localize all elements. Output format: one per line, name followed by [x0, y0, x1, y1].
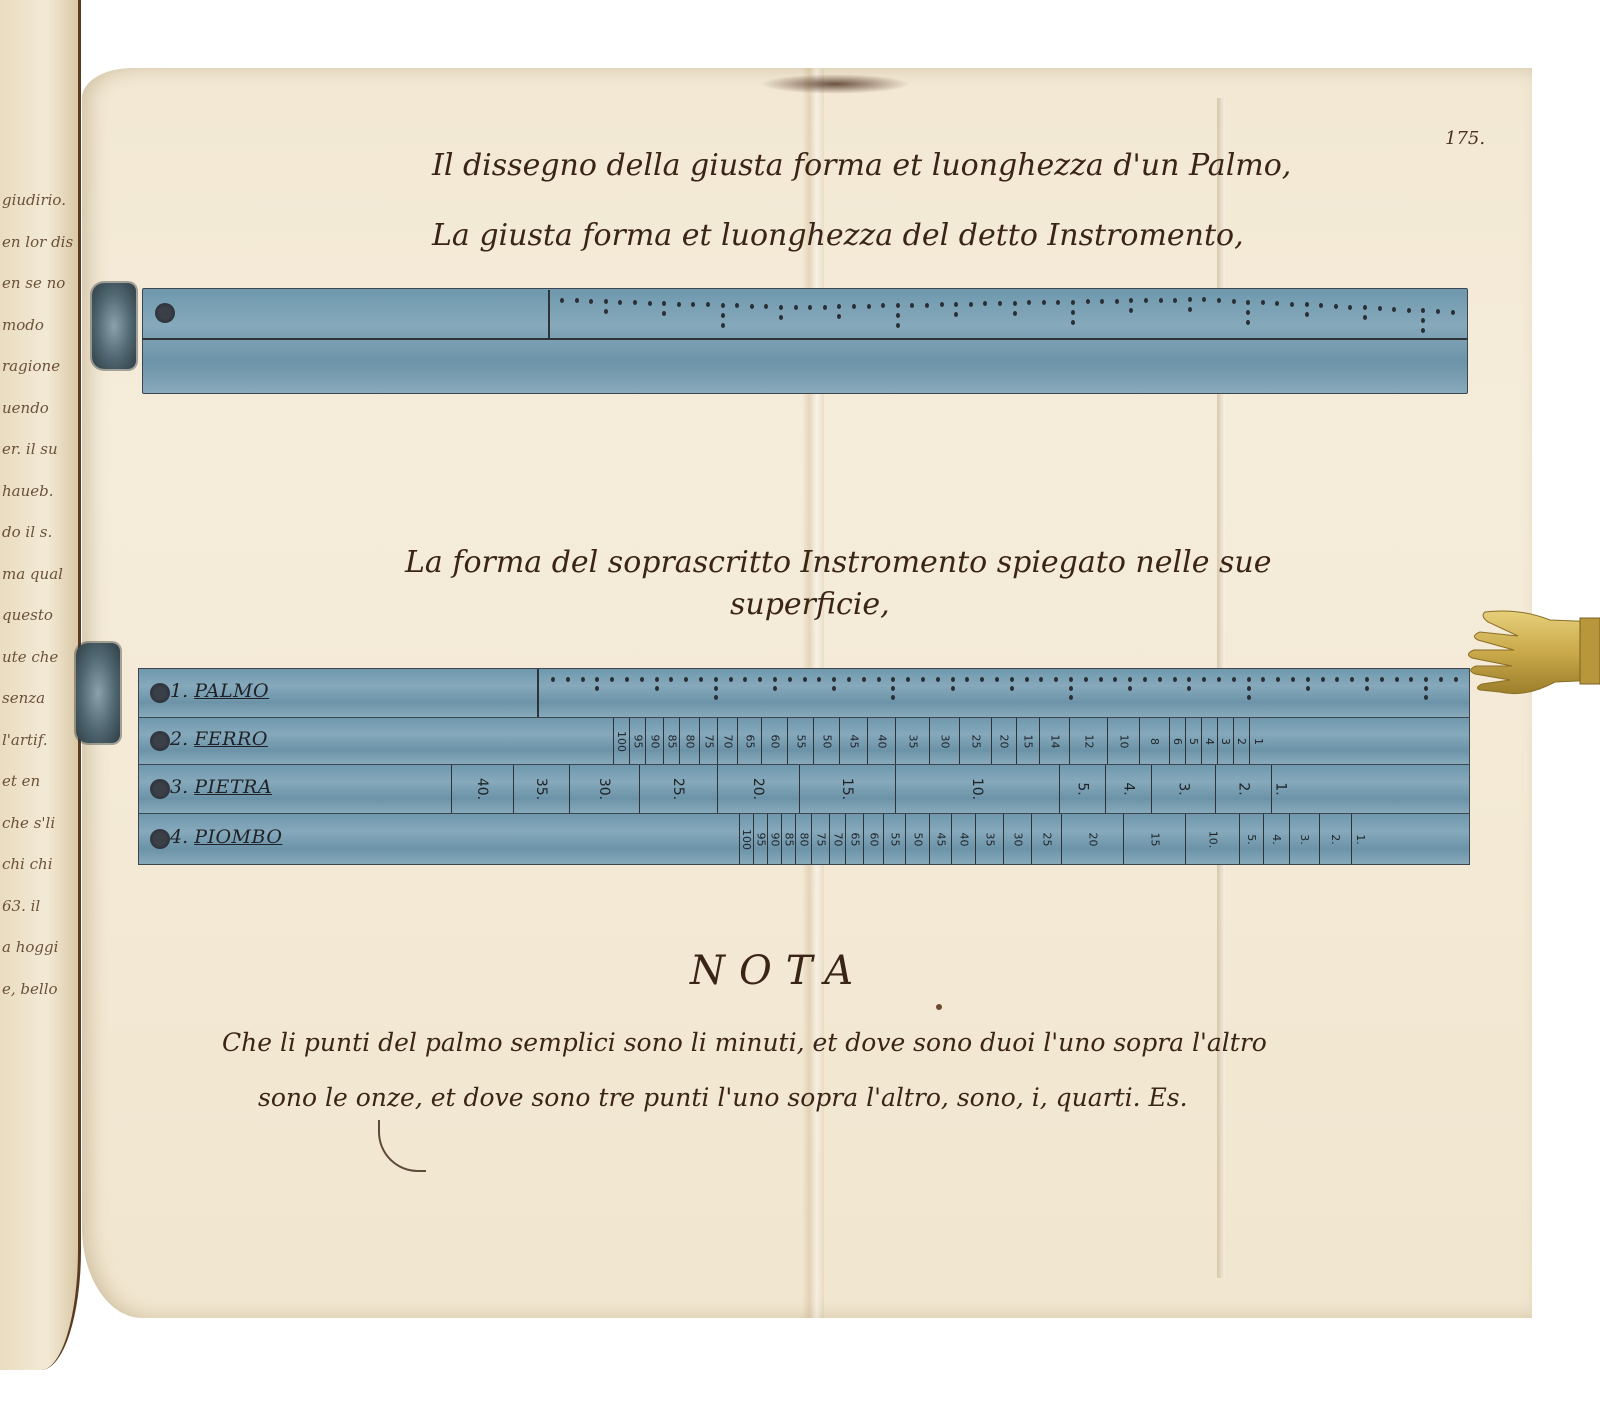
title-line-2: La giusta forma et luonghezza del detto …: [432, 218, 1244, 253]
dot-mark: [1099, 677, 1103, 682]
ruler-body: [142, 288, 1468, 394]
scale-mark-label: 6: [1171, 738, 1184, 745]
dot-mark: [951, 686, 955, 691]
dot-mark: [1188, 297, 1192, 302]
scale-mark-label: 75: [814, 832, 827, 846]
dot-mark: [998, 301, 1002, 306]
scale-mark: 4.: [1263, 814, 1289, 864]
previous-page-line: senza: [2, 678, 74, 720]
dot-mark: [1290, 302, 1294, 307]
dot-mark: [1246, 310, 1250, 315]
dot-mark: [1335, 677, 1339, 682]
scale-start-line: [537, 669, 539, 717]
dot-mark: [721, 313, 725, 318]
scale-mark: 60: [863, 814, 883, 864]
dot-mark: [788, 677, 792, 682]
scale-mark: 100: [739, 814, 753, 864]
previous-page-line: et en: [2, 761, 74, 803]
dot-mark: [1071, 300, 1075, 305]
scale-mark-label: 30: [1011, 832, 1024, 846]
ionic-capital-icon: [76, 643, 120, 743]
scale-mark: 65: [845, 814, 863, 864]
scale-mark-label: 90: [648, 734, 661, 748]
dot-mark: [965, 677, 969, 682]
dot-mark: [969, 302, 973, 307]
scale-mark: 5: [1185, 718, 1201, 764]
scale-mark: 2.: [1319, 814, 1351, 864]
dot-mark: [1069, 677, 1073, 682]
scale-mark-label: 3.: [1175, 782, 1191, 795]
dot-mark: [1113, 677, 1117, 682]
row-number: 2.: [170, 728, 188, 750]
scale-mark-label: 45: [934, 832, 947, 846]
previous-page-edge: giudirio.en lor disen se nomodoragioneue…: [0, 0, 81, 1370]
scale-mark-label: 2: [1235, 738, 1248, 745]
dot-mark: [951, 677, 955, 682]
binding-shadow: [760, 74, 910, 94]
dot-mark: [1042, 300, 1046, 305]
scale-mark-label: 95: [631, 734, 644, 748]
previous-page-line: 63. il: [2, 886, 74, 928]
pivot-hole-icon: [155, 303, 175, 323]
dot-mark: [1128, 677, 1132, 682]
scale-mark-label: 55: [794, 734, 807, 748]
title-line-1: Il dissegno della giusta forma et luongh…: [432, 148, 1291, 183]
previous-page-line: ragione: [2, 346, 74, 388]
dot-mark: [794, 305, 798, 310]
nota-line-1: Che li punti del palmo semplici sono li …: [222, 1028, 1267, 1057]
dot-mark: [1306, 686, 1310, 691]
scale-mark-label: 14: [1048, 734, 1061, 748]
scale-mark: 1.: [1351, 814, 1369, 864]
scale-mark: 10.: [1185, 814, 1239, 864]
row-name: PIETRA: [194, 776, 272, 798]
scale-mark: 25: [1031, 814, 1061, 864]
scale-mark: 95: [629, 718, 645, 764]
row-name: PIOMBO: [194, 826, 282, 848]
scale-mark-label: 40.: [474, 778, 490, 800]
scale-mark-label: 35: [983, 832, 996, 846]
previous-page-line: haueb.: [2, 471, 74, 513]
scale-mark-label: 40: [875, 734, 888, 748]
dot-mark: [729, 677, 733, 682]
dot-mark: [1187, 677, 1191, 682]
ink-dot: [936, 1004, 942, 1010]
dot-mark: [925, 303, 929, 308]
dot-mark: [684, 677, 688, 682]
dot-mark: [1188, 307, 1192, 312]
dot-mark: [1232, 677, 1236, 682]
scale-mark: 30.: [569, 765, 639, 813]
ruler-row-palmo: [138, 668, 1470, 718]
scale-mark-label: 5.: [1245, 834, 1258, 845]
scale-mark-label: 10: [1117, 734, 1130, 748]
scale-mark: 1.: [1271, 765, 1289, 813]
dot-mark: [852, 304, 856, 309]
dot-mark: [1334, 304, 1338, 309]
dot-mark: [1380, 677, 1384, 682]
dot-mark: [669, 677, 673, 682]
previous-page-line: modo: [2, 305, 74, 347]
dot-mark: [640, 677, 644, 682]
dot-mark: [1424, 686, 1428, 691]
dot-mark: [566, 677, 570, 682]
scale-mark: 40.: [451, 765, 513, 813]
scale-mark: 45: [839, 718, 867, 764]
dot-mark: [862, 677, 866, 682]
dot-mark: [1261, 677, 1265, 682]
scale-mark: 15.: [799, 765, 895, 813]
scale-mark: 80: [795, 814, 811, 864]
dot-mark: [847, 677, 851, 682]
scale-mark-label: 85: [665, 734, 678, 748]
scale-mark: 35: [895, 718, 929, 764]
dot-mark: [1232, 299, 1236, 304]
scale-mark: 60: [761, 718, 787, 764]
dot-mark: [867, 304, 871, 309]
scale-mark-label: 85: [782, 832, 795, 846]
dot-mark: [1054, 677, 1058, 682]
scale-mark: 3.: [1151, 765, 1215, 813]
scale-mark-label: 50: [911, 832, 924, 846]
scale-mark: 14: [1039, 718, 1069, 764]
dot-mark: [648, 301, 652, 306]
scale-mark-label: 50: [820, 734, 833, 748]
dot-mark: [1246, 300, 1250, 305]
scale-mark: 8: [1139, 718, 1169, 764]
scale-mark-label: 30: [938, 734, 951, 748]
pivot-hole-icon: [150, 829, 170, 849]
scale-mark: 45: [929, 814, 951, 864]
row-number: 3.: [170, 776, 188, 798]
dot-mark: [677, 302, 681, 307]
scale-mark: 70: [829, 814, 845, 864]
dot-mark: [721, 303, 725, 308]
pivot-hole-icon: [150, 779, 170, 799]
dot-mark: [891, 695, 895, 700]
dot-mark: [1202, 677, 1206, 682]
row-number: 4.: [170, 826, 188, 848]
dot-mark: [1010, 686, 1014, 691]
scale-mark-label: 4: [1203, 738, 1216, 745]
dot-mark: [896, 323, 900, 328]
dot-mark: [896, 313, 900, 318]
dot-mark: [1071, 310, 1075, 315]
dot-mark: [714, 677, 718, 682]
scale-mark-label: 20.: [750, 778, 766, 800]
scale-mark: 4: [1201, 718, 1217, 764]
scale-mark: 2: [1233, 718, 1249, 764]
dot-mark: [1069, 695, 1073, 700]
scale-mark: 3.: [1289, 814, 1319, 864]
scale-mark-label: 80: [683, 734, 696, 748]
scale-mark-label: 25: [1040, 832, 1053, 846]
scale-mark: 3: [1217, 718, 1233, 764]
fold-line: [142, 338, 1468, 340]
previous-page-line: uendo: [2, 388, 74, 430]
scale-mark-label: 10.: [969, 778, 985, 800]
scale-mark-label: 80: [797, 832, 810, 846]
dot-mark: [891, 686, 895, 691]
dot-mark: [1010, 677, 1014, 682]
previous-page-line: ma qual: [2, 554, 74, 596]
scale-mark-label: 65: [743, 734, 756, 748]
scale-mark: 80: [679, 718, 699, 764]
dot-mark: [1217, 677, 1221, 682]
scale-mark: 90: [767, 814, 781, 864]
dot-mark: [817, 677, 821, 682]
dot-mark: [896, 303, 900, 308]
scale-mark: 90: [645, 718, 663, 764]
dot-mark: [1025, 677, 1029, 682]
scale-mark: 40: [951, 814, 975, 864]
scale-mark-label: 95: [754, 832, 767, 846]
scale-mark-label: 60: [768, 734, 781, 748]
dot-mark: [560, 298, 564, 303]
dot-mark: [655, 686, 659, 691]
dot-mark: [1451, 310, 1455, 315]
scale-mark-label: 100: [740, 829, 753, 850]
dot-mark: [1365, 686, 1369, 691]
dot-mark: [1143, 677, 1147, 682]
dot-mark: [877, 677, 881, 682]
scale-mark-label: 35.: [533, 778, 549, 800]
previous-page-line: chi chi: [2, 844, 74, 886]
scale-mark-label: 25: [969, 734, 982, 748]
scale-mark: 75: [811, 814, 829, 864]
subtitle-line-1: La forma del soprascritto Instromento sp…: [405, 545, 1271, 580]
previous-page-line: a hoggi: [2, 927, 74, 969]
dot-mark: [1159, 298, 1163, 303]
subtitle-line-2: superficie,: [730, 587, 890, 622]
scale-mark-label: 1.: [1272, 782, 1288, 795]
dot-mark: [773, 677, 777, 682]
scale-mark: 5.: [1059, 765, 1105, 813]
dot-mark: [1115, 299, 1119, 304]
scale-mark: 15: [1016, 718, 1039, 764]
previous-page-line: l'artif.: [2, 720, 74, 762]
scale-mark: 100: [613, 718, 629, 764]
dot-mark: [1071, 320, 1075, 325]
scale-mark: 20: [1061, 814, 1123, 864]
scale-mark: 30: [929, 718, 959, 764]
row-label-palmo: 1. PALMO: [170, 680, 269, 702]
scale-mark: 6: [1169, 718, 1185, 764]
scale-mark-label: 20: [1086, 832, 1099, 846]
scale-mark-label: 15: [1022, 734, 1035, 748]
scale-mark-label: 5.: [1074, 782, 1090, 795]
dot-mark: [1158, 677, 1162, 682]
dot-mark: [581, 677, 585, 682]
dot-mark: [1039, 677, 1043, 682]
dot-mark: [891, 677, 895, 682]
row-name: FERRO: [194, 728, 268, 750]
previous-page-line: en se no: [2, 263, 74, 305]
scale-mark: 5.: [1239, 814, 1263, 864]
scale-mark: 30: [1003, 814, 1031, 864]
dot-mark: [1276, 677, 1280, 682]
nota-line-2: sono le onze, et dove sono tre punti l'u…: [258, 1083, 1188, 1112]
pivot-hole-icon: [150, 731, 170, 751]
dot-mark: [906, 677, 910, 682]
dot-mark: [1365, 677, 1369, 682]
previous-page-line: e, bello: [2, 969, 74, 1011]
previous-page-line: questo: [2, 595, 74, 637]
pivot-hole-icon: [150, 683, 170, 703]
ruler-row-pietra: 40.35.30.25.20.15.10.5.4.3.2.1.: [138, 764, 1470, 814]
dot-mark: [1247, 695, 1251, 700]
scale-mark-label: 40: [957, 832, 970, 846]
dot-mark: [1424, 695, 1428, 700]
ionic-capital-icon: [92, 283, 136, 369]
scale-mark: 65: [737, 718, 761, 764]
row-label-piombo: 4. PIOMBO: [170, 826, 282, 848]
dot-mark: [714, 686, 718, 691]
dot-mark: [1409, 677, 1413, 682]
scale-mark: 10: [1107, 718, 1139, 764]
dot-mark: [1246, 320, 1250, 325]
dot-mark: [779, 315, 783, 320]
row-label-pietra: 3. PIETRA: [170, 776, 272, 798]
scale-mark: 35.: [513, 765, 569, 813]
dot-mark: [940, 302, 944, 307]
dot-mark: [1086, 299, 1090, 304]
previous-page-line: er. il su: [2, 429, 74, 471]
dot-mark: [1128, 686, 1132, 691]
dot-mark: [758, 677, 762, 682]
dot-mark: [1407, 308, 1411, 313]
row-name: PALMO: [194, 680, 269, 702]
dot-mark: [921, 677, 925, 682]
dot-mark: [1187, 686, 1191, 691]
scale-mark-label: 100: [615, 731, 628, 752]
dot-mark: [823, 305, 827, 310]
dot-mark: [995, 677, 999, 682]
dot-mark: [595, 677, 599, 682]
brass-hand-clip-icon: [1430, 600, 1600, 700]
nota-heading: NOTA: [690, 948, 867, 994]
page-number: 175.: [1445, 128, 1485, 149]
scale-mark: 70: [717, 718, 737, 764]
dot-mark: [699, 677, 703, 682]
scale-mark-label: 25.: [670, 778, 686, 800]
ruler-row-piombo: 100959085807570656055504540353025201510.…: [138, 813, 1470, 865]
scale-mark-label: 70: [721, 734, 734, 748]
previous-page-line: ute che: [2, 637, 74, 679]
ruler-row-ferro: 1009590858075706560555045403530252015141…: [138, 717, 1470, 765]
scale-mark: 20: [991, 718, 1016, 764]
scale-mark-label: 65: [848, 832, 861, 846]
scale-start-line: [548, 290, 550, 338]
previous-page-line: do il s.: [2, 512, 74, 554]
scale-mark-label: 2.: [1235, 782, 1251, 795]
dot-mark: [832, 677, 836, 682]
scale-mark-label: 1.: [1354, 834, 1367, 845]
scale-mark: 12: [1069, 718, 1107, 764]
scale-mark-label: 75: [702, 734, 715, 748]
scale-mark-label: 3.: [1298, 834, 1311, 845]
scale-mark-label: 15: [1148, 832, 1161, 846]
row-number: 1.: [170, 680, 188, 702]
dot-mark: [1424, 677, 1428, 682]
previous-page-line: che s'li: [2, 803, 74, 845]
scale-mark-label: 8: [1148, 738, 1161, 745]
scale-mark: 1: [1249, 718, 1267, 764]
dot-mark: [1306, 677, 1310, 682]
dot-mark: [1069, 686, 1073, 691]
scale-mark: 2.: [1215, 765, 1271, 813]
dot-mark: [1247, 686, 1251, 691]
scale-mark-label: 15.: [839, 778, 855, 800]
row-label-ferro: 2. FERRO: [170, 728, 268, 750]
dot-mark: [1291, 677, 1295, 682]
dot-mark: [714, 695, 718, 700]
dot-mark: [1247, 677, 1251, 682]
dot-mark: [655, 677, 659, 682]
scale-mark-label: 60: [867, 832, 880, 846]
scale-mark: 40: [867, 718, 895, 764]
scale-mark-label: 5: [1187, 738, 1200, 745]
scale-mark-label: 10.: [1206, 830, 1219, 848]
dot-mark: [721, 323, 725, 328]
scale-mark: 95: [753, 814, 767, 864]
dot-mark: [595, 686, 599, 691]
scale-mark-label: 4.: [1270, 834, 1283, 845]
scale-mark: 20.: [717, 765, 799, 813]
scale-mark: 15: [1123, 814, 1185, 864]
scale-mark-label: 3: [1219, 738, 1232, 745]
dot-mark: [1173, 298, 1177, 303]
scale-mark: 50: [905, 814, 929, 864]
scale-mark: 75: [699, 718, 717, 764]
dot-mark: [1013, 301, 1017, 306]
dot-mark: [779, 305, 783, 310]
scale-mark-label: 45: [847, 734, 860, 748]
scale-mark: 55: [883, 814, 905, 864]
scale-mark-label: 35: [906, 734, 919, 748]
scale-mark-label: 1: [1252, 738, 1265, 745]
scale-mark: 25: [959, 718, 991, 764]
scale-mark: 85: [781, 814, 795, 864]
dot-mark: [610, 677, 614, 682]
dot-mark: [743, 677, 747, 682]
dot-mark: [980, 677, 984, 682]
dot-mark: [832, 686, 836, 691]
dot-mark: [1321, 677, 1325, 682]
scale-mark: 25.: [639, 765, 717, 813]
previous-page-line: giudirio.: [2, 180, 74, 222]
dot-mark: [750, 304, 754, 309]
dot-mark: [773, 686, 777, 691]
dot-mark: [551, 677, 555, 682]
dot-mark: [1395, 677, 1399, 682]
dot-mark: [1378, 306, 1382, 311]
scale-mark-label: 20: [998, 734, 1011, 748]
scale-mark: 4.: [1105, 765, 1151, 813]
scale-mark: 35: [975, 814, 1003, 864]
dot-mark: [936, 677, 940, 682]
previous-page-text: giudirio.en lor disen se nomodoragioneue…: [2, 180, 74, 1010]
scale-mark-label: 90: [768, 832, 781, 846]
scale-mark: 55: [787, 718, 813, 764]
scale-mark: 10.: [895, 765, 1059, 813]
scale-mark-label: 55: [888, 832, 901, 846]
dot-mark: [1350, 677, 1354, 682]
scale-mark: 85: [663, 718, 679, 764]
dot-mark: [1173, 677, 1177, 682]
dot-mark: [1084, 677, 1088, 682]
dot-mark: [1013, 311, 1017, 316]
